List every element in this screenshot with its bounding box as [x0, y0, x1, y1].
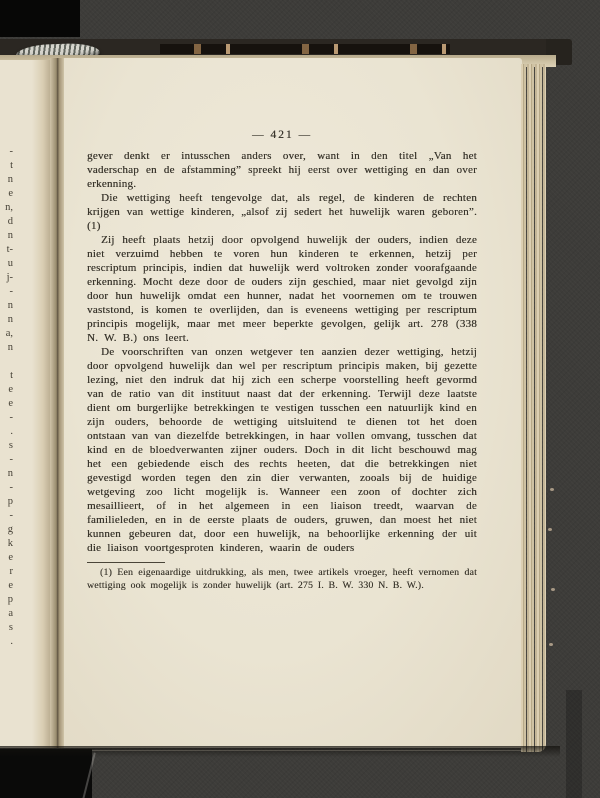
photo-background: - t n e n, d n t- u j- - n n a, n t e e …: [0, 0, 600, 798]
cover-wear-marbling: [160, 44, 450, 54]
footnote: (1) Een eigenaardige uitdrukking, als me…: [87, 567, 477, 592]
facing-page-sliver: - t n e n, d n t- u j- - n n a, n t e e …: [0, 60, 50, 748]
cover-speck: [549, 643, 553, 646]
cover-speck: [551, 588, 555, 591]
paragraph: gever denkt er intusschen anders over, w…: [87, 149, 477, 191]
page-edges-stack: [521, 64, 546, 752]
cover-speck: [548, 528, 552, 531]
page-bottom-highlight: [92, 750, 522, 751]
footnote-separator: [87, 562, 165, 563]
facing-page-text-fragments: - t n e n, d n t- u j- - n n a, n t e e …: [0, 145, 13, 649]
cover-speck: [550, 488, 554, 491]
page-content: — 421 — gever denkt er intusschen anders…: [87, 129, 477, 592]
gutter-crease: [50, 58, 65, 748]
book-page: — 421 — gever denkt er intusschen anders…: [64, 58, 522, 748]
paragraph: De voorschriften van onzen wetgever ten …: [87, 345, 477, 555]
page-bottom-shadow: [0, 746, 560, 757]
body-text: gever denkt er intusschen anders over, w…: [87, 149, 477, 555]
page-number: — 421 —: [87, 129, 477, 141]
paragraph: Zij heeft plaats hetzij door opvolgend h…: [87, 233, 477, 345]
photo-corner-top-left: [0, 0, 80, 37]
book-cover-fore-edge: [546, 58, 559, 755]
background-seam: [566, 690, 582, 798]
paragraph: Die wettiging heeft tengevolge dat, als …: [87, 191, 477, 233]
